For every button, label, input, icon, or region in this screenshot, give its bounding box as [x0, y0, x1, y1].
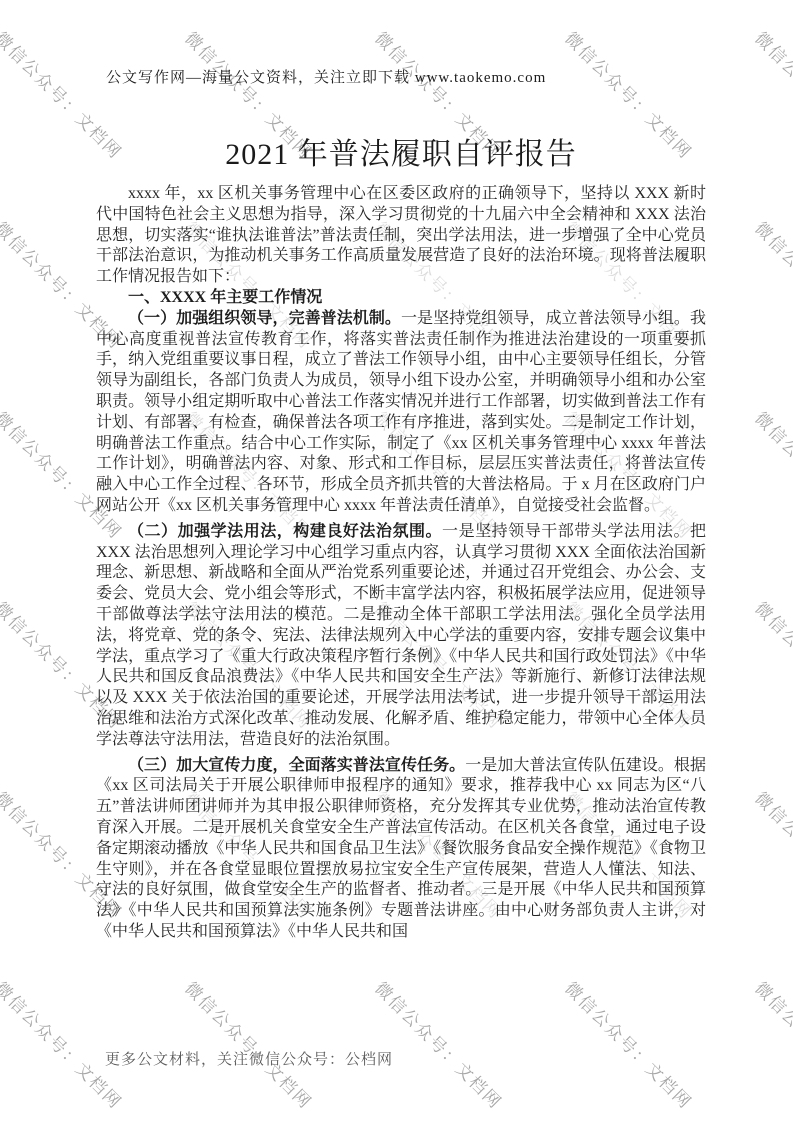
section-heading: 一、XXXX 年主要工作情况 — [96, 288, 706, 309]
document-page: 微信公众号：文档网微信公众号：文档网微信公众号：文档网微信公众号：文档网微信公众… — [0, 0, 793, 1122]
page-header-note: 公文写作网—海量公文资料，关注立即下载 www.taokemo.com — [106, 66, 546, 87]
watermark-text: 微信公众号：文档网 — [750, 785, 793, 924]
paragraph-1-lead: （一）加强组织领导，完善普法机制。 — [128, 310, 401, 327]
watermark-text: 微信公众号：文档网 — [750, 25, 793, 164]
watermark-text: 微信公众号：文档网 — [750, 215, 793, 354]
paragraph-3: （三）加大宣传力度，全面落实普法宣传任务。一是加大普法宣传队伍建设。根据《xx … — [96, 756, 706, 943]
paragraph-1: （一）加强组织领导，完善普法机制。一是坚持党组领导，成立普法领导小组。我中心高度… — [96, 309, 706, 517]
watermark-text: 微信公众号：文档网 — [0, 975, 129, 1114]
paragraph-1-body: 一是坚持党组领导，成立普法领导小组。我中心高度重视普法宣传教育工作，将落实普法责… — [96, 310, 706, 514]
watermark-text: 微信公众号：文档网 — [750, 975, 793, 1114]
paragraph-2-body: 一是坚持领导干部带头学法用法。把 XXX 法治思想列入理论学习中心组学习重点内容… — [96, 523, 706, 748]
watermark-text: 微信公众号：文档网 — [370, 975, 509, 1114]
watermark-text: 微信公众号：文档网 — [750, 405, 793, 544]
document-content: 2021 年普法履职自评报告 xxxx 年，xx 区机关事务管理中心在区委区政府… — [96, 137, 706, 943]
paragraph-2: （二）加强学法用法，构建良好法治氛围。一是坚持领导干部带头学法用法。把 XXX … — [96, 522, 706, 751]
page-footer-note: 更多公文材料，关注微信公众号：公档网 — [105, 1048, 393, 1069]
paragraph-2-lead: （二）加强学法用法，构建良好法治氛围。 — [128, 523, 442, 540]
document-title: 2021 年普法履职自评报告 — [96, 137, 706, 173]
watermark-text: 微信公众号：文档网 — [180, 975, 319, 1114]
intro-paragraph: xxxx 年，xx 区机关事务管理中心在区委区政府的正确领导下，坚持以 XXX … — [96, 184, 706, 288]
paragraph-3-lead: （三）加大宣传力度，全面落实普法宣传任务。 — [128, 757, 465, 774]
watermark-text: 微信公众号：文档网 — [750, 595, 793, 734]
paragraph-3-body: 一是加大普法宣传队伍建设。根据《xx 区司法局关于开展公职律师申报程序的通知》要… — [96, 757, 706, 940]
watermark-text: 微信公众号：文档网 — [560, 975, 699, 1114]
